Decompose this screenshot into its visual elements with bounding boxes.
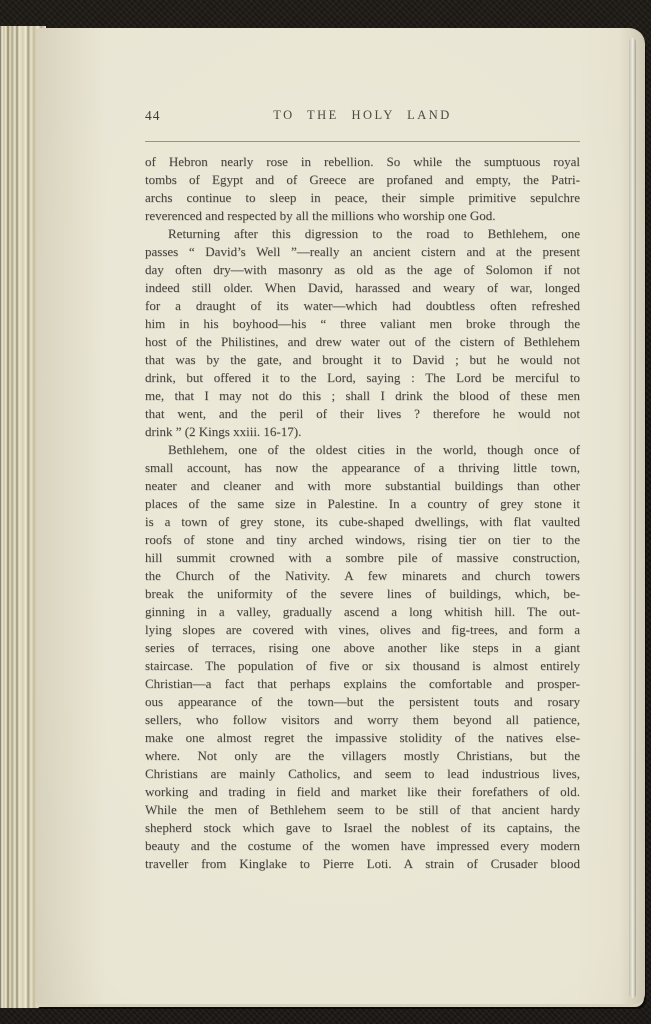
- book-scan: 44 TO THE HOLY LAND of Hebron nearly ros…: [0, 0, 651, 1024]
- text-line: Returning after this digression to the r…: [145, 225, 580, 243]
- text-line: Christians are mainly Catholics, and see…: [145, 765, 580, 783]
- text-line: sellers, who follow visitors and worry t…: [145, 711, 580, 729]
- text-line: neater and cleaner and with more substan…: [145, 477, 580, 495]
- running-title: TO THE HOLY LAND: [145, 108, 580, 123]
- text-line: for a draught of its water—which had dou…: [145, 297, 580, 315]
- text-line: passes “ David’s Well ”—really an ancien…: [145, 243, 580, 261]
- text-line: of Hebron nearly rose in rebellion. So w…: [145, 153, 580, 171]
- text-line: ous appearance of the town—but the persi…: [145, 693, 580, 711]
- text-line: host of the Philistines, and drew water …: [145, 333, 580, 351]
- text-line: places of the same size in Palestine. In…: [145, 495, 580, 513]
- text-line: drink ” (2 Kings xxiii. 16-17).: [145, 423, 580, 441]
- paragraph: of Hebron nearly rose in rebellion. So w…: [145, 153, 580, 225]
- page-header: 44 TO THE HOLY LAND: [145, 108, 580, 126]
- text-line: tombs of Egypt and of Greece are profane…: [145, 171, 580, 189]
- text-line: working and trading in field and market …: [145, 783, 580, 801]
- text-line: is a town of grey stone, its cube-shaped…: [145, 513, 580, 531]
- text-line: While the men of Bethlehem seem to be st…: [145, 801, 580, 819]
- paragraph: Bethlehem, one of the oldest cities in t…: [145, 441, 580, 873]
- text-line: that went, and the peril of their lives …: [145, 405, 580, 423]
- text-line: Bethlehem, one of the oldest cities in t…: [145, 441, 580, 459]
- text-line: day often dry—with masonry as old as the…: [145, 261, 580, 279]
- text-line: drink, but offered it to the Lord, sayin…: [145, 369, 580, 387]
- book-page: 44 TO THE HOLY LAND of Hebron nearly ros…: [36, 28, 645, 1004]
- text-line: break the uniformity of the severe lines…: [145, 585, 580, 603]
- text-line: traveller from Kinglake to Pierre Loti. …: [145, 855, 580, 873]
- text-line: series of terraces, rising one above ano…: [145, 639, 580, 657]
- text-line: beauty and the costume of the women have…: [145, 837, 580, 855]
- page-content: 44 TO THE HOLY LAND of Hebron nearly ros…: [145, 28, 580, 873]
- header-rule: [145, 141, 580, 142]
- page-number: 44: [145, 108, 161, 124]
- text-line: him in his boyhood—his “ three valiant m…: [145, 315, 580, 333]
- text-line: Christian—a fact that perhaps explains t…: [145, 675, 580, 693]
- page-fold: [629, 38, 636, 998]
- text-line: reverenced and respected by all the mill…: [145, 207, 580, 225]
- text-line: roofs of stone and tiny arched windows, …: [145, 531, 580, 549]
- text-line: the Church of the Nativity. A few minare…: [145, 567, 580, 585]
- text-line: where. Not only are the villagers mostly…: [145, 747, 580, 765]
- text-line: shepherd stock which gave to Israel the …: [145, 819, 580, 837]
- text-line: make one almost regret the impassive sto…: [145, 729, 580, 747]
- body-text: of Hebron nearly rose in rebellion. So w…: [145, 153, 580, 873]
- text-line: lying slopes are covered with vines, oli…: [145, 621, 580, 639]
- text-line: me, that I may not do this ; shall I dri…: [145, 387, 580, 405]
- text-line: that was by the gate, and brought it to …: [145, 351, 580, 369]
- text-line: archs continue to sleep in peace, their …: [145, 189, 580, 207]
- text-line: indeed still older. When David, harassed…: [145, 279, 580, 297]
- paragraph: Returning after this digression to the r…: [145, 225, 580, 441]
- text-line: hill summit crowned with a sombre pile o…: [145, 549, 580, 567]
- text-line: ginning in a valley, gradually ascend a …: [145, 603, 580, 621]
- text-line: small account, has now the appearance of…: [145, 459, 580, 477]
- text-line: staircase. The population of five or six…: [145, 657, 580, 675]
